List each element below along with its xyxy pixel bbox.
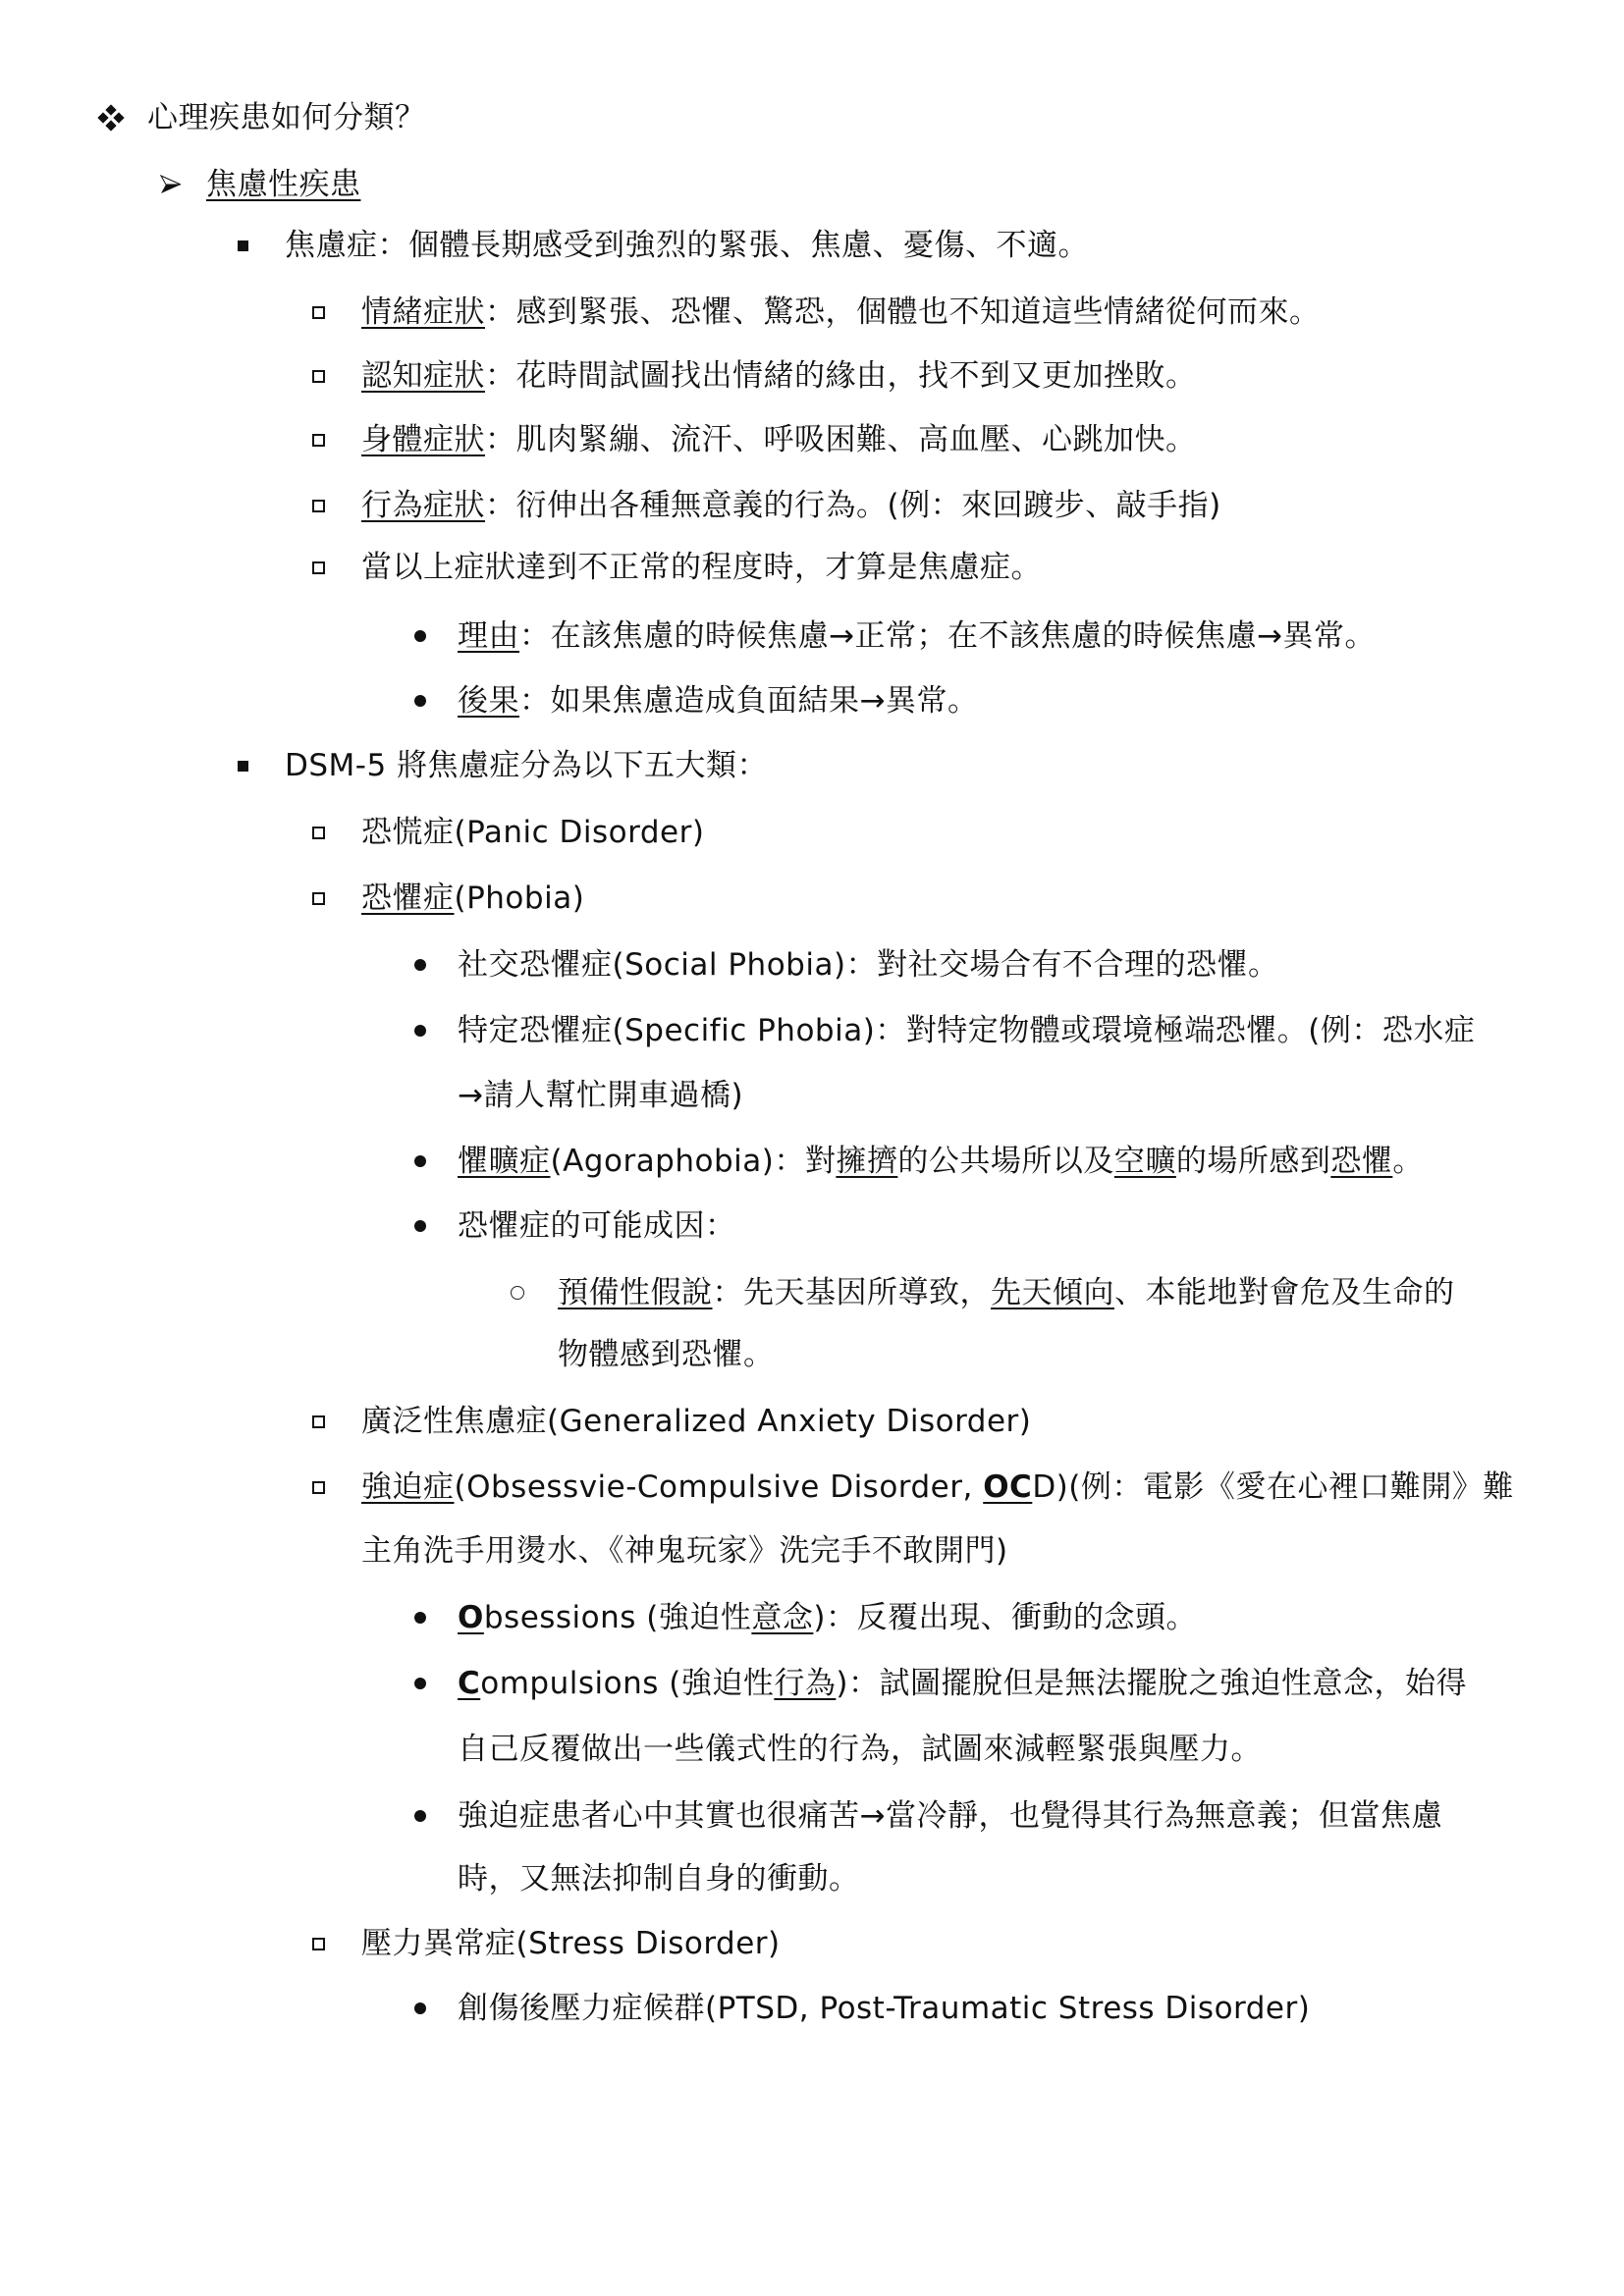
consequence-text: ：如果焦慮造成負面結果→異常。 [519,683,978,719]
compulsions-initial: C [458,1666,480,1701]
compulsions-text: )：試圖擺脫但是無法擺脫之強迫性意念，始得 [836,1666,1467,1701]
term-crowded: 擁擠 [836,1144,897,1179]
circle-bullet-icon [511,1260,524,1325]
hollow-square-bullet-icon [312,1389,325,1454]
specific-phobia-continuation: →請人幫忙開車過橋) [458,1063,1587,1128]
hollow-square-bullet-icon [312,344,325,408]
dot-bullet-icon [414,1585,426,1650]
term-innate: 先天傾向 [991,1275,1114,1310]
arrowhead-bullet-icon [160,152,182,217]
dot-bullet-icon [414,668,426,733]
list-item-obsessions: Obsessions (強迫性意念)：反覆出現、衝動的念頭。 [414,1585,1593,1650]
list-item-dsm5: DSM-5 將焦慮症分為以下五大類： [236,733,1512,798]
term-ocd: 強迫症 [361,1469,455,1505]
term-behavioral: 行為症狀 [361,488,485,523]
list-item-physical-symptoms: 身體症狀：肌肉緊繃、流汗、呼吸困難、高血壓、心跳加快。 [312,407,1589,472]
document-page: 心理疾患如何分類？ 焦慮性疾患 焦慮症：個體長期感受到強烈的緊張、焦慮、憂傷、不… [0,0,1624,2296]
social-phobia-text: 社交恐懼症(Social Phobia)：對社交場合有不合理的恐懼。 [458,933,1279,997]
ocd-text-line2: 主角洗手用燙水、《神鬼玩家》洗完手不敢開門) [361,1519,1008,1583]
title-line: 心理疾患如何分類？ [98,85,687,150]
ocd-note-text-line2: 時，又無法抑制自身的衝動。 [458,1846,860,1911]
hollow-square-bullet-icon [312,473,325,538]
term-thought: 意念 [751,1600,813,1635]
square-bullet-icon [236,213,249,278]
list-item-anxiety: 焦慮症：個體長期感受到強烈的緊張、焦慮、憂傷、不適。 [236,213,1512,278]
obsessions-text: bsessions (強迫性 [484,1600,752,1635]
term-consequence: 後果 [458,683,519,719]
list-item-compulsions: Compulsions (強迫性行為)：試圖擺脫但是無法擺脫之強迫性意念，始得 [414,1651,1593,1716]
term-panic: 恐慌症 [361,815,455,850]
ptsd-text: 創傷後壓力症候群(PTSD, Post-Traumatic Stress Dis… [458,1976,1310,2041]
term-phobia: 恐懼症 [361,881,455,916]
list-item-reason: 理由：在該焦慮的時候焦慮→正常；在不該焦慮的時候焦慮→異常。 [414,604,1593,668]
hollow-square-bullet-icon [312,1911,325,1976]
list-item-gad: 廣泛性焦慮症(Generalized Anxiety Disorder) [312,1389,1589,1454]
definition-anxiety: ：個體長期感受到強烈的緊張、焦慮、憂傷、不適。 [378,228,1090,263]
list-item-phobia: 恐懼症(Phobia) [312,866,1589,931]
agora-text: (Agoraphobia)：對 [551,1144,837,1179]
hollow-square-bullet-icon [312,1455,325,1520]
hollow-square-bullet-icon [312,800,325,865]
symptom-text: ：衍伸出各種無意義的行為。(例：來回踱步、敲手指) [485,488,1221,523]
term-preparedness: 預備性假說 [558,1275,713,1310]
symptom-text: ：感到緊張、恐懼、驚恐，個體也不知道這些情緒從何而來。 [485,294,1321,330]
preparedness-text: 、本能地對會危及生命的 [1114,1275,1455,1310]
agora-text: 。 [1392,1144,1424,1179]
term-behavior: 行為 [774,1666,836,1701]
reason-text: ：在該焦慮的時候焦慮→正常；在不該焦慮的時候焦慮→異常。 [519,618,1376,654]
list-item-ocd-note: 強迫症患者心中其實也很痛苦→當冷靜，也覺得其行為無意義；但當焦慮 [414,1784,1593,1848]
dot-bullet-icon [414,1976,426,2041]
agora-text: 的場所感到 [1176,1144,1331,1179]
dot-bullet-icon [414,1129,426,1194]
list-item-ptsd: 創傷後壓力症候群(PTSD, Post-Traumatic Stress Dis… [414,1976,1593,2041]
obsessions-initial: O [458,1600,484,1635]
section-heading: 焦慮性疾患 [206,152,361,217]
obsessions-text: )：反覆出現、衝動的念頭。 [813,1600,1197,1635]
ocd-note-text: 強迫症患者心中其實也很痛苦→當冷靜，也覺得其行為無意義；但當焦慮 [458,1784,1442,1848]
term-cognitive: 認知症狀 [361,358,485,394]
term-physical: 身體症狀 [361,422,485,457]
preparedness-text-line2: 物體感到恐懼。 [558,1322,775,1387]
dsm5-text: DSM-5 將焦慮症分為以下五大類： [285,733,768,798]
term-reason: 理由 [458,618,519,654]
dot-bullet-icon [414,998,426,1063]
stress-text: 壓力異常症(Stress Disorder) [361,1911,781,1976]
dot-bullet-icon [414,1784,426,1848]
specific-phobia-text: 特定恐懼症(Specific Phobia)：對特定物體或環境極端恐懼。(例：恐… [458,998,1475,1063]
hollow-square-bullet-icon [312,535,325,600]
list-item-emotional-symptoms: 情緒症狀：感到緊張、恐懼、驚恐，個體也不知道這些情緒從何而來。 [312,280,1589,345]
page-title: 心理疾患如何分類？ [147,85,426,150]
section-heading-line: 焦慮性疾患 [160,152,749,217]
hollow-square-bullet-icon [312,280,325,345]
list-item-stress: 壓力異常症(Stress Disorder) [312,1911,1589,1976]
ocd-note-continuation: 時，又無法抑制自身的衝動。 [458,1846,1587,1911]
dot-bullet-icon [414,1651,426,1716]
list-item-social-phobia: 社交恐懼症(Social Phobia)：對社交場合有不合理的恐懼。 [414,933,1593,997]
term-emotional: 情緒症狀 [361,294,485,330]
term-open: 空曠 [1114,1144,1176,1179]
list-item-ocd: 強迫症(Obsessvie-Compulsive Disorder, OCD)(… [312,1455,1589,1520]
symptom-text: ：花時間試圖找出情緒的緣由，找不到又更加挫敗。 [485,358,1197,394]
list-item-behavioral-symptoms: 行為症狀：衍伸出各種無意義的行為。(例：來回踱步、敲手指) [312,473,1589,538]
ocd-continuation: 主角洗手用燙水、《神鬼玩家》洗完手不敢開門) [361,1519,1589,1583]
list-item-specific-phobia: 特定恐懼症(Specific Phobia)：對特定物體或環境極端恐懼。(例：恐… [414,998,1593,1063]
hollow-square-bullet-icon [312,866,325,931]
term-fear: 恐懼 [1330,1144,1392,1179]
compulsions-text: ompulsions (強迫性 [480,1666,774,1701]
compulsions-continuation: 自己反覆做出一些儀式性的行為，試圖來減輕緊張與壓力。 [458,1717,1587,1782]
list-item-cognitive-symptoms: 認知症狀：花時間試圖找出情緒的緣由，找不到又更加挫敗。 [312,344,1589,408]
diamond-bullet-icon [98,85,124,150]
preparedness-text: ：先天基因所導致， [713,1275,992,1310]
gad-text: 廣泛性焦慮症(Generalized Anxiety Disorder) [361,1389,1031,1454]
list-item-preparedness: 預備性假說：先天基因所導致，先天傾向、本能地對會危及生命的 [511,1260,1591,1325]
hollow-square-bullet-icon [312,407,325,472]
ocd-acronym-emphasis: OC [983,1469,1032,1505]
english-name: (Panic Disorder) [455,815,705,850]
dot-bullet-icon [414,604,426,668]
dot-bullet-icon [414,933,426,997]
dot-bullet-icon [414,1194,426,1258]
ocd-text: D)(例：電影《愛在心裡口難開》難 [1032,1469,1514,1505]
specific-phobia-text-line2: →請人幫忙開車過橋) [458,1063,743,1128]
agora-text: 的公共場所以及 [897,1144,1114,1179]
english-name: (Phobia) [455,881,585,916]
list-item-panic: 恐慌症(Panic Disorder) [312,800,1589,865]
causes-text: 恐懼症的可能成因： [458,1194,736,1258]
list-item-consequence: 後果：如果焦慮造成負面結果→異常。 [414,668,1593,733]
ocd-text: (Obsessvie-Compulsive Disorder, [455,1469,984,1505]
criterion-text: 當以上症狀達到不正常的程度時，才算是焦慮症。 [361,535,1042,600]
term-agoraphobia: 懼曠症 [458,1144,551,1179]
term-anxiety: 焦慮症 [285,228,378,263]
list-item-agoraphobia: 懼曠症(Agoraphobia)：對擁擠的公共場所以及空曠的場所感到恐懼。 [414,1129,1593,1194]
list-item-criterion: 當以上症狀達到不正常的程度時，才算是焦慮症。 [312,535,1589,600]
square-bullet-icon [236,733,249,798]
list-item-phobia-causes: 恐懼症的可能成因： [414,1194,1593,1258]
symptom-text: ：肌肉緊繃、流汗、呼吸困難、高血壓、心跳加快。 [485,422,1197,457]
preparedness-continuation: 物體感到恐懼。 [558,1322,1589,1387]
compulsions-text-line2: 自己反覆做出一些儀式性的行為，試圖來減輕緊張與壓力。 [458,1717,1262,1782]
